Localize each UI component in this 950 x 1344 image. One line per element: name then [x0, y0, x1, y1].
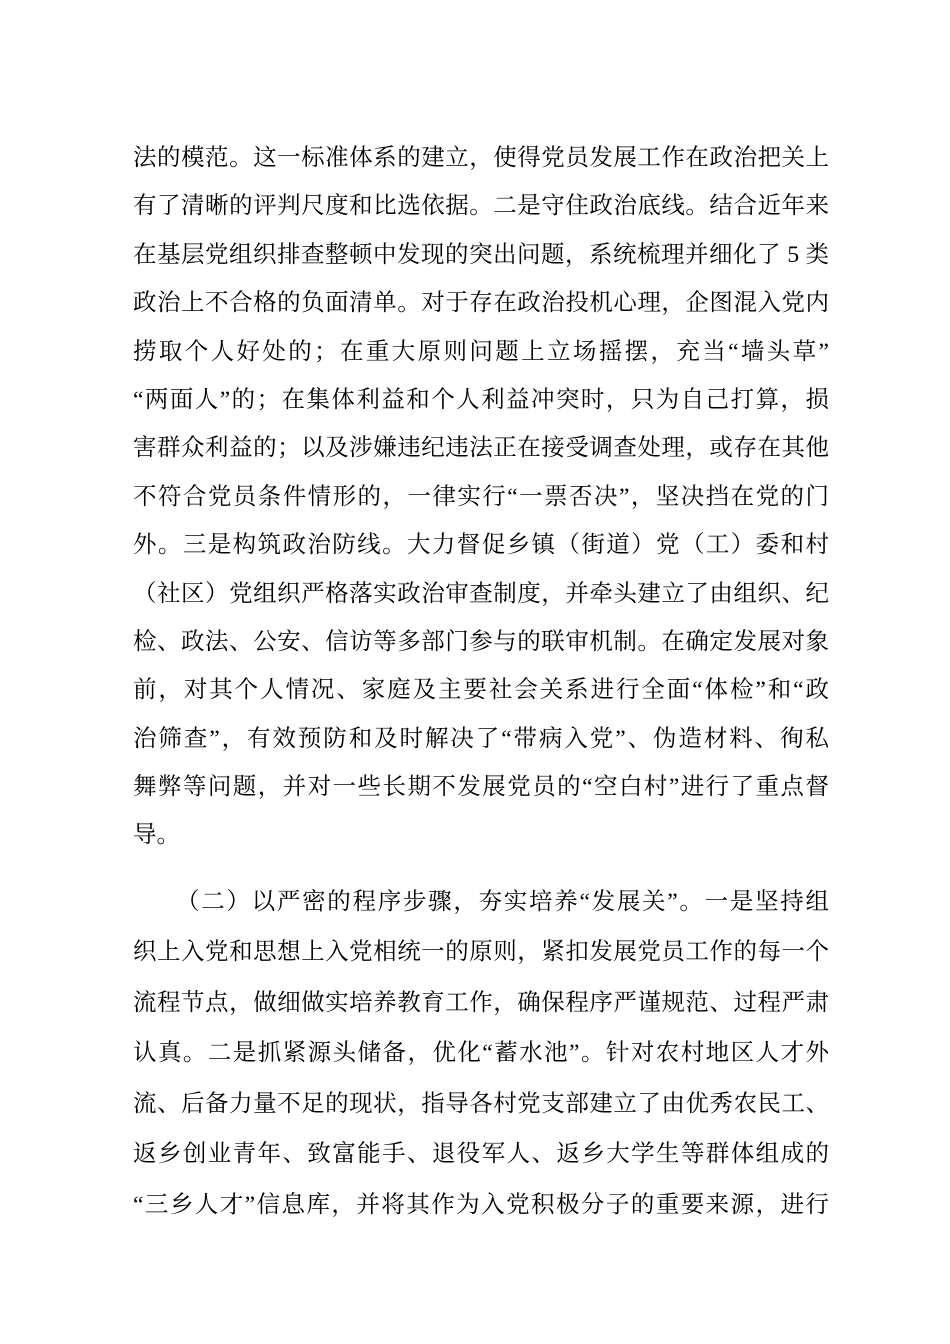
text-line: 认真。二是抓紧源头储备，优化“蓄水池”。针对农村地区人才外 [133, 1028, 829, 1079]
text-line: “三乡人才”信息库，并将其作为入党积极分子的重要来源，进行 [133, 1180, 829, 1231]
paragraph-training-procedures: （二）以严密的程序步骤，夯实培养“发展关”。一是坚持组织上入党和思想上入党相统一… [133, 877, 829, 1231]
paragraph-political-gatekeeping: 法的模范。这一标准体系的建立，使得党员发展工作在政治把关上有了清晰的评判尺度和比… [133, 134, 829, 860]
text-line: （二）以严密的程序步骤，夯实培养“发展关”。一是坚持组 [133, 877, 829, 928]
text-line: 导。 [133, 811, 829, 859]
text-line: 捞取个人好处的；在重大原则问题上立场摇摆，充当“墙头草” [133, 328, 829, 376]
document-page: 法的模范。这一标准体系的建立，使得党员发展工作在政治把关上有了清晰的评判尺度和比… [0, 0, 950, 1344]
text-line: 外。三是构筑政治防线。大力督促乡镇（街道）党（工）委和村 [133, 521, 829, 569]
text-line: 法的模范。这一标准体系的建立，使得党员发展工作在政治把关上 [133, 134, 829, 182]
text-line: 流、后备力量不足的现状，指导各村党支部建立了由优秀农民工、 [133, 1079, 829, 1130]
text-line: 织上入党和思想上入党相统一的原则，紧扣发展党员工作的每一个 [133, 927, 829, 978]
text-line: 不符合党员条件情形的，一律实行“一票否决”，坚决挡在党的门 [133, 473, 829, 521]
text-line: 有了清晰的评判尺度和比选依据。二是守住政治底线。结合近年来 [133, 182, 829, 230]
text-line: 检、政法、公安、信访等多部门参与的联审机制。在确定发展对象 [133, 618, 829, 666]
text-line: 流程节点，做细做实培养教育工作，确保程序严谨规范、过程严肃 [133, 978, 829, 1029]
text-line: 前，对其个人情况、家庭及主要社会关系进行全面“体检”和“政 [133, 666, 829, 714]
text-line: “两面人”的；在集体利益和个人利益冲突时，只为自己打算，损 [133, 376, 829, 424]
text-line: 返乡创业青年、致富能手、退役军人、返乡大学生等群体组成的 [133, 1129, 829, 1180]
text-line: 政治上不合格的负面清单。对于存在政治投机心理，企图混入党内 [133, 279, 829, 327]
text-line: （社区）党组织严格落实政治审查制度，并牵头建立了由组织、纪 [133, 570, 829, 618]
text-line: 治筛查”，有效预防和及时解决了“带病入党”、伪造材料、徇私 [133, 715, 829, 763]
text-line: 在基层党组织排查整顿中发现的突出问题，系统梳理并细化了 5 类 [133, 231, 829, 279]
text-line: 害群众利益的；以及涉嫌违纪违法正在接受调查处理，或存在其他 [133, 424, 829, 472]
text-line: 舞弊等问题，并对一些长期不发展党员的“空白村”进行了重点督 [133, 763, 829, 811]
document-text: 法的模范。这一标准体系的建立，使得党员发展工作在政治把关上有了清晰的评判尺度和比… [133, 134, 829, 1230]
